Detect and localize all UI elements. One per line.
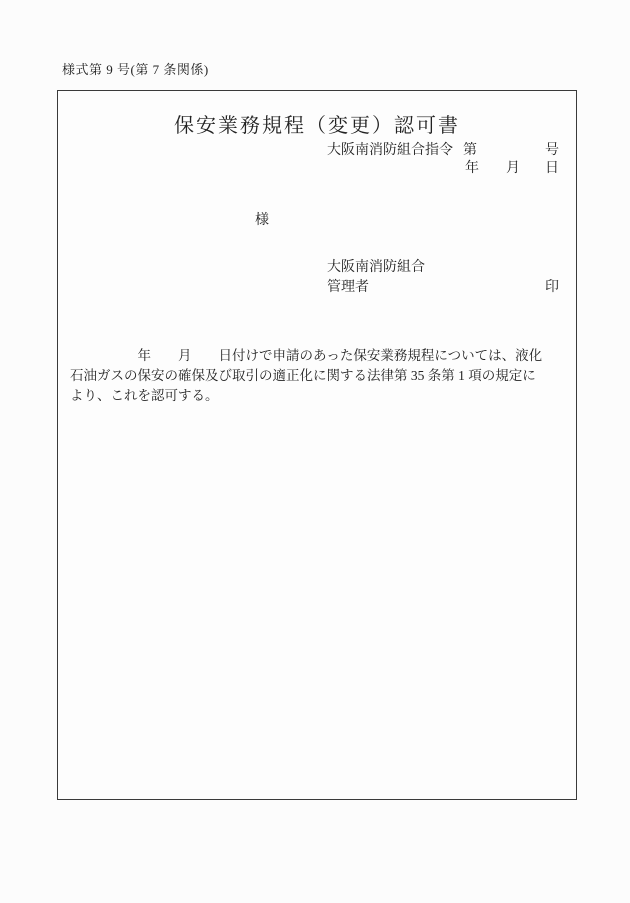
seal-placeholder: 印 xyxy=(545,279,559,297)
recipient-honorific: 様 xyxy=(255,212,269,230)
document-border-box: 保安業務規程（変更）認可書 大阪南消防組合指令 第 号 年 月 日 様 大阪南消… xyxy=(57,90,577,800)
directive-number-prefix: 第 xyxy=(463,142,477,160)
document-page: 様式第 9 号(第 7 条関係) 保安業務規程（変更）認可書 大阪南消防組合指令… xyxy=(0,0,630,903)
issuer-organization: 大阪南消防組合 xyxy=(327,259,425,277)
date-day-label: 日 xyxy=(545,160,559,178)
document-title: 保安業務規程（変更）認可書 xyxy=(58,109,576,138)
body-line: 年 月 日付けで申請のあった保安業務規程については、液化 xyxy=(70,346,568,366)
directive-number-suffix: 号 xyxy=(545,142,559,160)
form-number-label: 様式第 9 号(第 7 条関係) xyxy=(62,59,209,78)
issuer-role: 管理者 xyxy=(327,279,369,297)
body-line: より、これを認可する。 xyxy=(70,386,568,406)
approval-body-paragraph: 年 月 日付けで申請のあった保安業務規程については、液化 石油ガスの保安の確保及… xyxy=(70,346,568,406)
date-month-label: 月 xyxy=(506,160,520,178)
date-year-label: 年 xyxy=(465,160,479,178)
directive-org-label: 大阪南消防組合指令 xyxy=(327,142,453,160)
body-line: 石油ガスの保安の確保及び取引の適正化に関する法律第 35 条第 1 項の規定に xyxy=(70,366,568,386)
